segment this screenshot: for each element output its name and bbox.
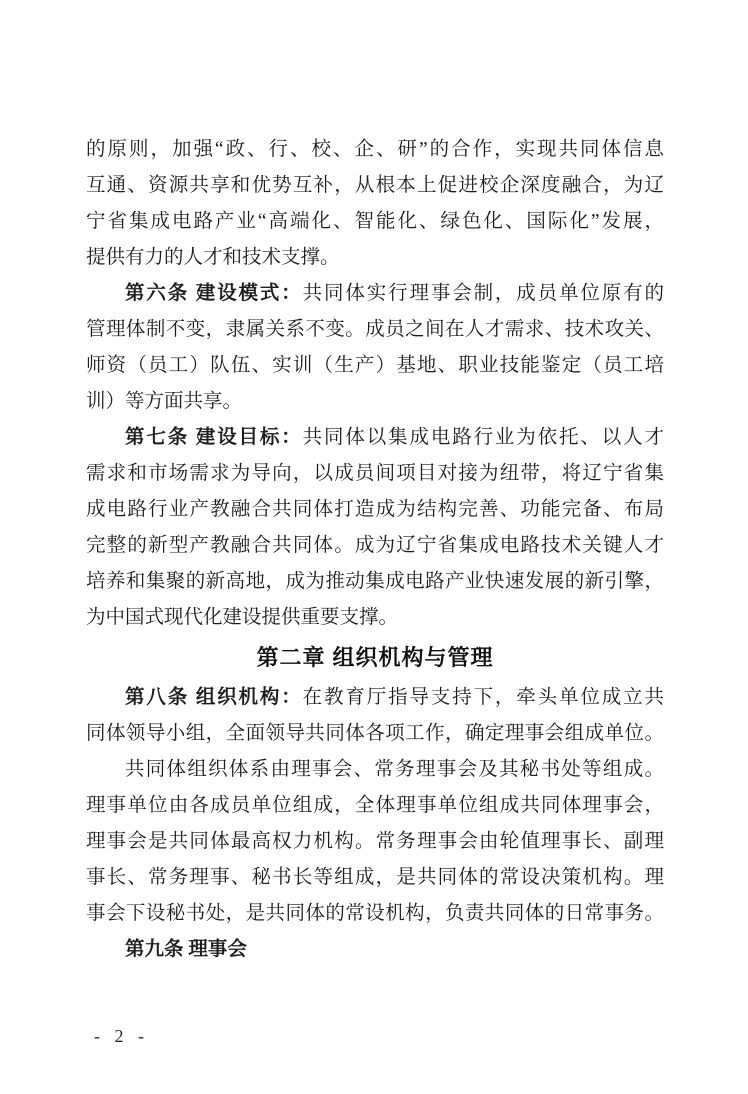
line-text: 事会下设秘书处，是共同体的常设机构，负责共同体的日常事务。 [86, 903, 664, 924]
line-text: 培养和集聚的新高地，成为推动集成电路产业快速发展的新引擎， [86, 571, 664, 592]
line-text: 的原则，加强“政、行、校、企、研”的合作，实现共同体信息 [86, 139, 664, 160]
line-text: 管理体制不变，隶属关系不变。成员之间在人才需求、技术攻关、 [86, 319, 664, 340]
text-line: 提供有力的人才和技术支撑。 [86, 240, 664, 276]
article-label: 第七条 建设目标： [125, 427, 303, 448]
line-text: 提供有力的人才和技术支撑。 [86, 247, 340, 268]
text-line: 完整的新型产教融合共同体。成为辽宁省集成电路技术关键人才 [86, 528, 664, 564]
text-line: 管理体制不变，隶属关系不变。成员之间在人才需求、技术攻关、 [86, 312, 664, 348]
article-label: 第九条 理事会 [125, 939, 247, 960]
text-line: 互通、资源共享和优势互补，从根本上促进校企深度融合，为辽 [86, 168, 664, 204]
article-label: 第八条 组织机构： [125, 687, 303, 708]
text-line: 第六条 建设模式：共同体实行理事会制，成员单位原有的 [86, 276, 664, 312]
text-line: 成电路行业产教融合共同体打造成为结构完善、功能完备、布局 [86, 492, 664, 528]
text-line: 同体领导小组，全面领导共同体各项工作，确定理事会组成单位。 [86, 716, 664, 752]
text-line: 为中国式现代化建设提供重要支撑。 [86, 600, 664, 636]
text-line: 第八条 组织机构：在教育厅指导支持下，牵头单位成立共 [86, 680, 664, 716]
text-line: 师资（员工）队伍、实训（生产）基地、职业技能鉴定（员工培 [86, 348, 664, 384]
line-text: 共同体组织体系由理事会、常务理事会及其秘书处等组成。 [125, 759, 664, 780]
text-line: 培养和集聚的新高地，成为推动集成电路产业快速发展的新引擎， [86, 564, 664, 600]
line-text: 成电路行业产教融合共同体打造成为结构完善、功能完备、布局 [86, 499, 664, 520]
chapter-heading: 第二章 组织机构与管理 [86, 636, 664, 680]
line-text: 理事单位由各成员单位组成，全体理事单位组成共同体理事会， [86, 795, 664, 816]
text-line: 的原则，加强“政、行、校、企、研”的合作，实现共同体信息 [86, 132, 664, 168]
line-text: 需求和市场需求为导向，以成员间项目对接为纽带，将辽宁省集 [86, 463, 664, 484]
text-line: 需求和市场需求为导向，以成员间项目对接为纽带，将辽宁省集 [86, 456, 664, 492]
line-text: 为中国式现代化建设提供重要支撑。 [86, 607, 398, 628]
line-text: 完整的新型产教融合共同体。成为辽宁省集成电路技术关键人才 [86, 535, 664, 556]
line-text: 共同体实行理事会制，成员单位原有的 [303, 283, 664, 304]
text-line: 第七条 建设目标：共同体以集成电路行业为依托、以人才 [86, 420, 664, 456]
line-text: 事长、常务理事、秘书长等组成，是共同体的常设决策机构。理 [86, 867, 664, 888]
document-text-block: 的原则，加强“政、行、校、企、研”的合作，实现共同体信息 互通、资源共享和优势互… [86, 132, 664, 968]
line-text: 共同体以集成电路行业为依托、以人才 [303, 427, 664, 448]
text-line: 理事会是共同体最高权力机构。常务理事会由轮值理事长、副理 [86, 824, 664, 860]
line-text: 在教育厅指导支持下，牵头单位成立共 [303, 687, 664, 708]
line-text: 互通、资源共享和优势互补，从根本上促进校企深度融合，为辽 [86, 175, 664, 196]
text-line: 第九条 理事会 [86, 932, 664, 968]
text-line: 训）等方面共享。 [86, 384, 664, 420]
text-line: 宁省集成电路产业“高端化、智能化、绿色化、国际化”发展， [86, 204, 664, 240]
text-line: 事长、常务理事、秘书长等组成，是共同体的常设决策机构。理 [86, 860, 664, 896]
page-number: - 2 - [94, 1026, 149, 1047]
line-text: 理事会是共同体最高权力机构。常务理事会由轮值理事长、副理 [86, 831, 664, 852]
line-text: 师资（员工）队伍、实训（生产）基地、职业技能鉴定（员工培 [86, 355, 664, 376]
text-line: 共同体组织体系由理事会、常务理事会及其秘书处等组成。 [86, 752, 664, 788]
text-line: 事会下设秘书处，是共同体的常设机构，负责共同体的日常事务。 [86, 896, 664, 932]
line-text: 宁省集成电路产业“高端化、智能化、绿色化、国际化”发展， [86, 211, 664, 232]
line-text: 训）等方面共享。 [86, 391, 242, 412]
document-page: 的原则，加强“政、行、校、企、研”的合作，实现共同体信息 互通、资源共享和优势互… [0, 0, 748, 1094]
line-text: 同体领导小组，全面领导共同体各项工作，确定理事会组成单位。 [86, 723, 664, 744]
text-line: 理事单位由各成员单位组成，全体理事单位组成共同体理事会， [86, 788, 664, 824]
article-label: 第六条 建设模式： [125, 283, 303, 304]
